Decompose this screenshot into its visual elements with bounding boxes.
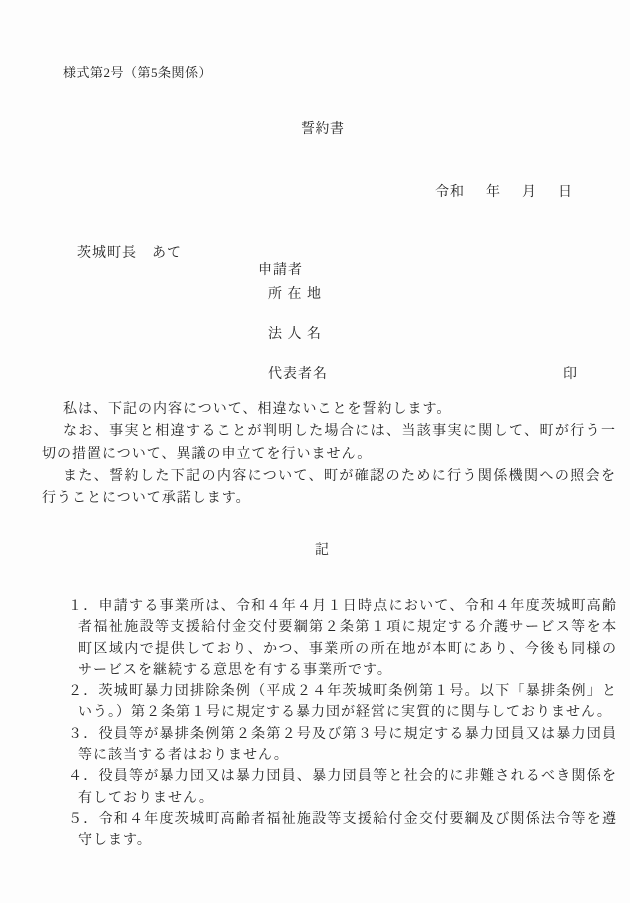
- month-label: 月: [522, 185, 537, 201]
- document-title: 誓約書: [301, 122, 345, 138]
- pledge-item-number: ２．: [68, 684, 99, 699]
- pledge-item-number: ４．: [68, 769, 99, 784]
- pledge-body: 私は、下記の内容について、相違ないことを誓約します。 なお、事実と相違することが…: [42, 399, 616, 510]
- year-label: 年: [486, 185, 501, 201]
- record-marker: 記: [315, 543, 330, 559]
- address-field-label: 所 在 地: [268, 287, 322, 303]
- pledge-item-text: 役員等が暴力団又は暴力団員、暴力団員等と社会的に非難されるべき関係を有しておりま…: [78, 769, 617, 805]
- pledge-item-text: 申請する事業所は、令和４年４月１日時点において、令和４年度茨城町高齢者福祉施設等…: [78, 599, 617, 678]
- pledge-item-1: １．申請する事業所は、令和４年４月１日時点において、令和４年度茨城町高齢者福祉施…: [68, 596, 617, 681]
- pledge-item-text: 令和４年度茨城町高齢者福祉施設等支援給付金交付要綱及び関係法令等を遵守します。: [78, 812, 617, 848]
- applicant-label: 申請者: [258, 263, 303, 279]
- form-number: 様式第2号（第5条関係）: [63, 66, 212, 81]
- day-label: 日: [558, 185, 573, 201]
- pledge-item-text: 役員等が暴排条例第２条第２号及び第３号に規定する暴力団員又は暴力団員等に該当する…: [78, 727, 617, 763]
- pledge-item-3: ３．役員等が暴排条例第２条第２号及び第３号に規定する暴力団員又は暴力団員等に該当…: [68, 724, 617, 767]
- pledge-document-page: 様式第2号（第5条関係） 誓約書 令和年月日 茨城町長 あて 申請者 所 在 地…: [0, 0, 630, 903]
- seal-mark: 印: [563, 367, 578, 383]
- pledge-paragraph-2: なお、事実と相違することが判明した場合には、当該事実に関して、町が行う一切の措置…: [42, 421, 616, 466]
- pledge-item-number: １．: [68, 599, 99, 614]
- pledge-item-number: ５．: [68, 812, 99, 827]
- pledge-item-5: ５．令和４年度茨城町高齢者福祉施設等支援給付金交付要綱及び関係法令等を遵守します…: [68, 809, 617, 852]
- pledge-item-text: 茨城町暴力団排除条例（平成２４年茨城町条例第１号。以下「暴排条例」という。）第２…: [78, 684, 617, 720]
- pledge-paragraph-3: また、誓約した下記の内容について、町が確認のために行う関係機関への照会を行うこと…: [42, 466, 616, 511]
- date-line: 令和年月日: [435, 185, 573, 201]
- pledge-paragraph-1: 私は、下記の内容について、相違ないことを誓約します。: [42, 399, 616, 421]
- pledge-item-2: ２．茨城町暴力団排除条例（平成２４年茨城町条例第１号。以下「暴排条例」という。）…: [68, 681, 617, 724]
- representative-field-label: 代表者名: [268, 367, 328, 383]
- corporate-name-field-label: 法 人 名: [268, 327, 322, 343]
- pledge-item-4: ４．役員等が暴力団又は暴力団員、暴力団員等と社会的に非難されるべき関係を有してお…: [68, 766, 617, 809]
- pledge-list: １．申請する事業所は、令和４年４月１日時点において、令和４年度茨城町高齢者福祉施…: [68, 596, 617, 852]
- era-label: 令和: [435, 185, 465, 201]
- pledge-item-number: ３．: [68, 727, 99, 742]
- addressee: 茨城町長 あて: [77, 246, 182, 262]
